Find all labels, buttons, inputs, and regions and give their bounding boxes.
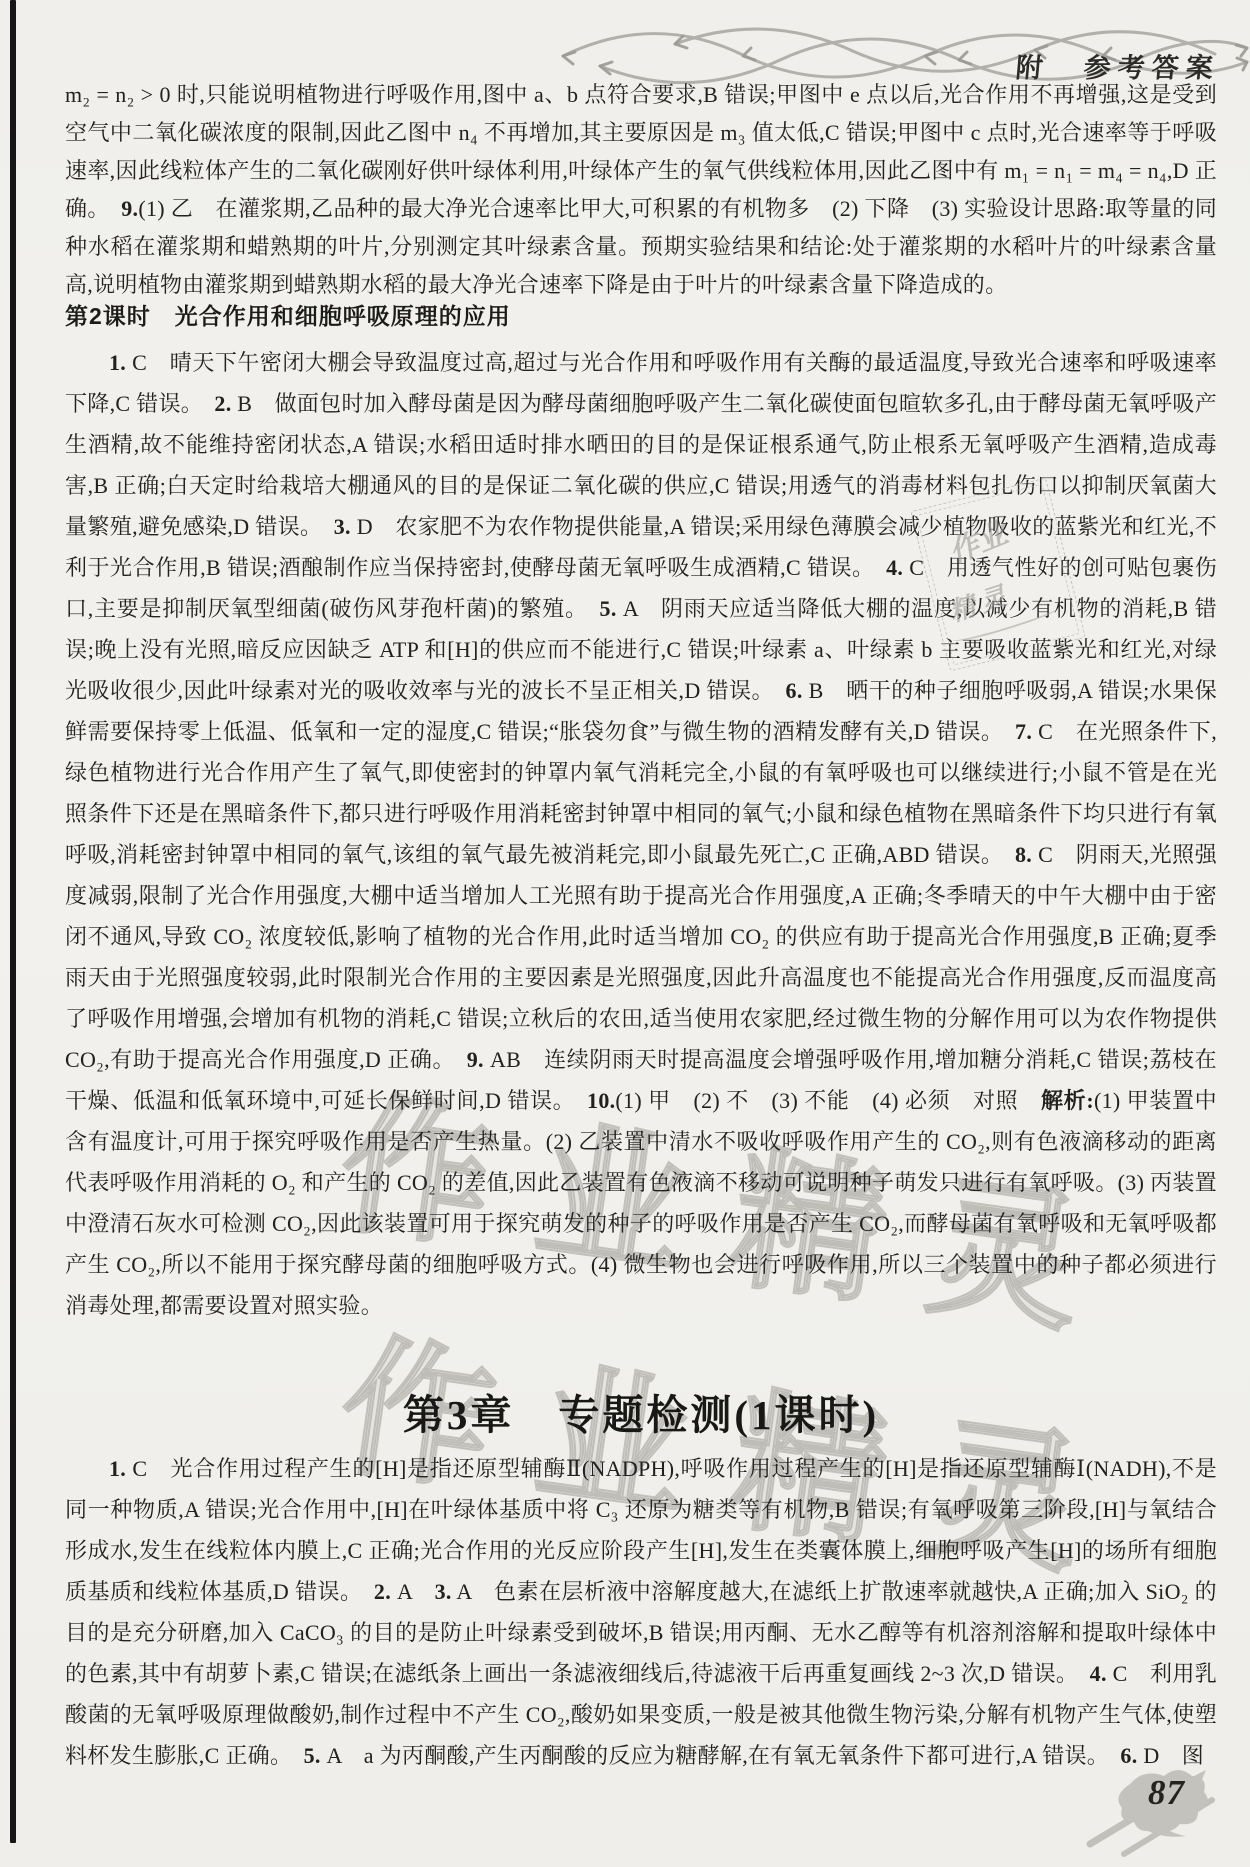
- answer-number: 6.: [1120, 1743, 1137, 1768]
- answer-number: 9.: [467, 1047, 484, 1072]
- answer-number: 4.: [1090, 1661, 1107, 1686]
- left-scan-border: [10, 0, 16, 1843]
- chapter3-paragraph-block: 1. C 光合作用过程产生的[H]是指还原型辅酶Ⅱ(NADPH),呼吸作用过程产…: [65, 1448, 1217, 1776]
- answer-number: 9.: [121, 196, 138, 221]
- chapter3-heading-block: 第3章 专题检测(1课时): [65, 1382, 1217, 1441]
- answer-number: 4.: [886, 555, 903, 580]
- answer-text: A: [391, 1579, 435, 1604]
- lesson2-paragraph: 1. C 晴天下午密闭大棚会导致温度过高,超过与光合作用和呼吸作用有关酶的最适温…: [65, 342, 1217, 1326]
- intro-paragraph: m₂ = n₂ > 0 时,只能说明植物进行呼吸作用,图中 a、b 点符合要求,…: [65, 76, 1217, 304]
- answer-number: 7.: [1015, 719, 1032, 744]
- lesson2-heading: 第2课时 光合作用和细胞呼吸原理的应用: [65, 298, 1217, 331]
- answer-number: 8.: [1015, 842, 1032, 867]
- answer-number: 1.: [109, 1456, 126, 1481]
- intro-paragraph-block: m₂ = n₂ > 0 时,只能说明植物进行呼吸作用,图中 a、b 点符合要求,…: [65, 76, 1217, 304]
- answer-text: (1) 甲 (2) 不 (3) 不能 (4) 必须 对照: [615, 1088, 1041, 1113]
- page-number: 87: [1148, 1773, 1185, 1813]
- lesson2-paragraph-block: 1. C 晴天下午密闭大棚会导致温度过高,超过与光合作用和呼吸作用有关酶的最适温…: [65, 342, 1217, 1326]
- answer-text: (1) 甲装置中含有温度计,可用于探究呼吸作用是否产生热量。(2) 乙装置中清水…: [65, 1088, 1217, 1318]
- answer-number: 6.: [786, 678, 803, 703]
- answer-number: 3.: [435, 1579, 452, 1604]
- answer-number: 2.: [374, 1579, 391, 1604]
- answer-number: 5.: [304, 1743, 321, 1768]
- answer-number: 10.: [587, 1088, 615, 1113]
- answer-text: (1) 乙 在灌浆期,乙品种的最大净光合速率比甲大,可积累的有机物多 (2) 下…: [65, 196, 1217, 297]
- lesson2-heading-block: 第2课时 光合作用和细胞呼吸原理的应用: [65, 298, 1217, 331]
- answer-number: 5.: [600, 596, 617, 621]
- answer-text: C 阴雨天,光照强度减弱,限制了光合作用强度,大棚中适当增加人工光照有助于提高光…: [65, 842, 1217, 1072]
- chapter3-paragraph: 1. C 光合作用过程产生的[H]是指还原型辅酶Ⅱ(NADPH),呼吸作用过程产…: [65, 1448, 1217, 1776]
- answer-number: 解析:: [1041, 1088, 1094, 1113]
- answer-text: D 图: [1138, 1743, 1205, 1768]
- answer-text: A a 为丙酮酸,产生丙酮酸的反应为糖酵解,在有氧无氧条件下都可进行,A 错误。: [321, 1743, 1121, 1768]
- answer-number: 3.: [334, 514, 351, 539]
- answer-number: 1.: [109, 350, 126, 375]
- scanned-answer-page: 附 参考答案 m₂ = n₂ > 0 时,只能说明植物进行呼吸作用,图中 a、b…: [0, 0, 1250, 1867]
- answer-number: 2.: [214, 391, 231, 416]
- chapter3-heading: 第3章 专题检测(1课时): [65, 1382, 1217, 1441]
